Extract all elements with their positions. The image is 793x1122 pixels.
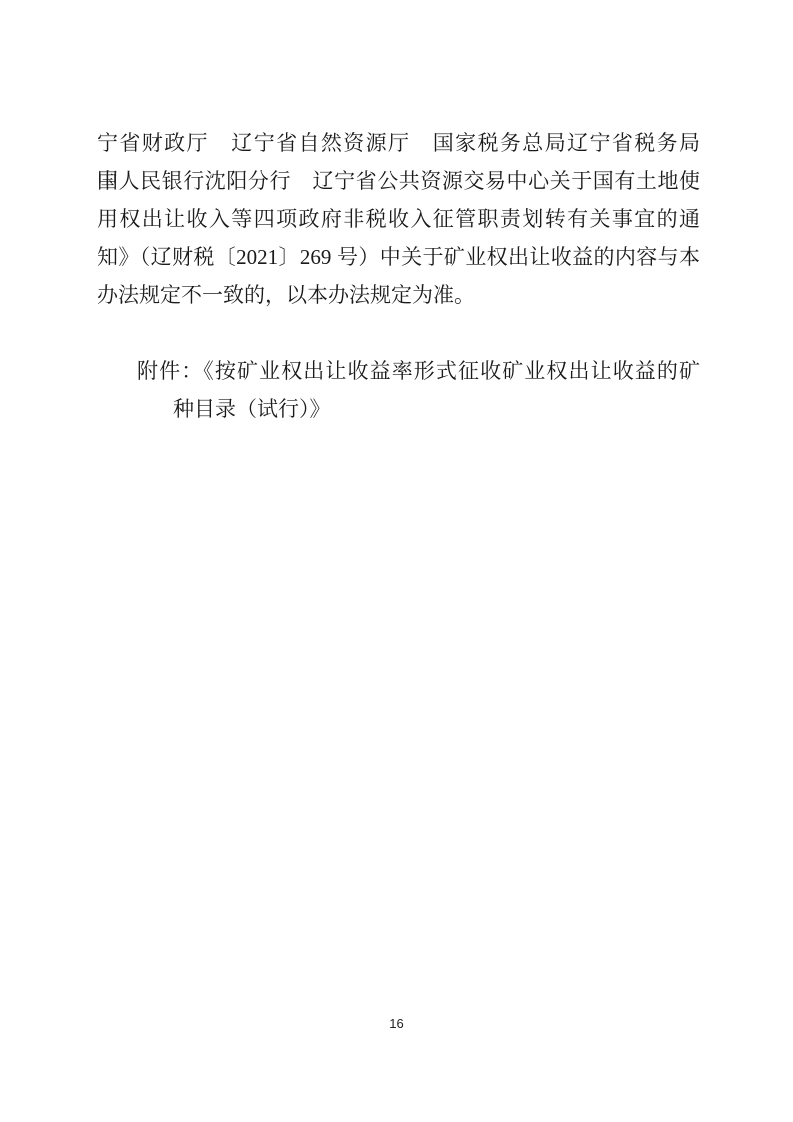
page-footer: 16 bbox=[0, 1014, 793, 1034]
paragraph-line: 知》（辽财税〔2021〕269 号）中关于矿业权出让收益的内容与本 bbox=[97, 238, 700, 276]
attachment-line: 附件：《按矿业权出让收益率形式征收矿业权出让收益的矿 bbox=[97, 352, 700, 390]
document-page: 宁省财政厅 辽宁省自然资源厅 国家税务总局辽宁省税务局 中 国人民银行沈阳分行 … bbox=[0, 0, 793, 1122]
paragraph-line: 办法规定不一致的，以本办法规定为准。 bbox=[97, 276, 700, 314]
page-number: 16 bbox=[389, 1016, 403, 1031]
paragraph-line: 宁省财政厅 辽宁省自然资源厅 国家税务总局辽宁省税务局 中 bbox=[97, 124, 700, 162]
blank-line bbox=[97, 314, 700, 352]
paragraph-line: 用权出让收入等四项政府非税收入征管职责划转有关事宜的通 bbox=[97, 200, 700, 238]
document-body: 宁省财政厅 辽宁省自然资源厅 国家税务总局辽宁省税务局 中 国人民银行沈阳分行 … bbox=[97, 124, 700, 428]
attachment-line: 种目录（试行）》 bbox=[97, 390, 700, 428]
paragraph-line: 国人民银行沈阳分行 辽宁省公共资源交易中心关于国有土地使 bbox=[97, 162, 700, 200]
